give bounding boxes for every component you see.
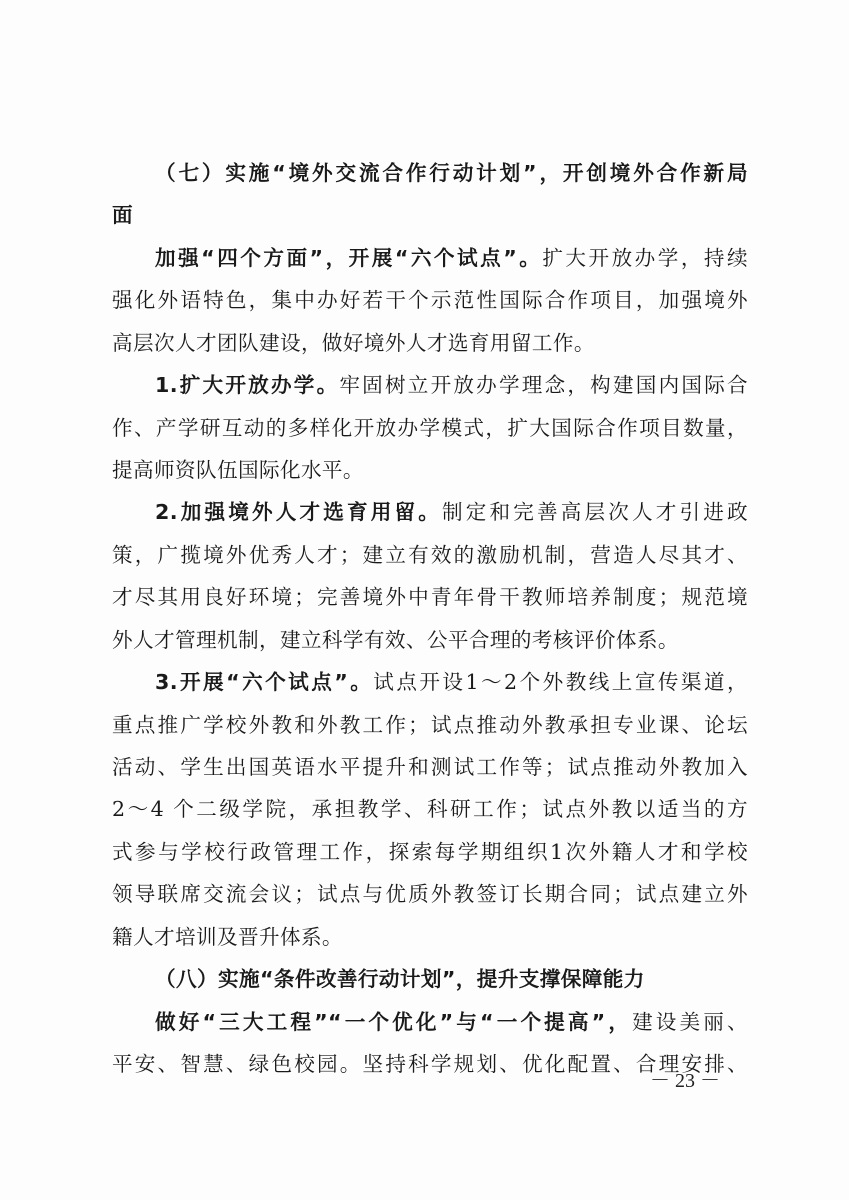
item-3-lead: 3.开展“六个试点”。 <box>155 670 373 694</box>
document-page: （七）实施“境外交流合作行动计划”，开创境外合作新局 面 加强“四个方面”，开展… <box>0 0 849 1200</box>
item-3-line-1: 3.开展“六个试点”。试点开设1～2个外教线上宣传渠道， <box>155 667 748 697</box>
item-2-lead: 2.加强境外人才选育用留。 <box>155 500 442 524</box>
section-7-heading-line-1: （七）实施“境外交流合作行动计划”，开创境外合作新局 <box>155 158 748 188</box>
item-3-line-3: 活动、学生出国英语水平提升和测试工作等；试点推动外教加入 <box>112 752 748 782</box>
item-2-line-1: 2.加强境外人才选育用留。制定和完善高层次人才引进政 <box>155 497 748 527</box>
item-1-line-2: 作、产学研互动的多样化开放办学模式，扩大国际合作项目数量， <box>112 413 748 443</box>
item-2-line-3: 才尽其用良好环境；完善境外中青年骨干教师培养制度；规范境 <box>112 582 748 612</box>
item-3-line-1-rest: 试点开设1～2个外教线上宣传渠道， <box>373 670 748 694</box>
item-3-line-5: 式参与学校行政管理工作，探索每学期组织1次外籍人才和学校 <box>112 837 748 867</box>
section-7-intro-line-3: 高层次人才团队建设，做好境外人才选育用留工作。 <box>112 328 748 358</box>
item-3-line-6: 领导联席交流会议；试点与优质外教签订长期合同；试点建立外 <box>112 879 748 909</box>
item-2-line-4: 外人才管理机制，建立科学有效、公平合理的考核评价体系。 <box>112 625 748 655</box>
section-7-heading-line-2: 面 <box>112 200 748 230</box>
item-2-line-1-rest: 制定和完善高层次人才引进政 <box>442 500 748 524</box>
item-3-line-4: 2～4 个二级学院，承担教学、科研工作；试点外教以适当的方 <box>112 794 748 824</box>
item-1-line-1: 1.扩大开放办学。牢固树立开放办学理念，构建国内国际合 <box>155 370 748 400</box>
item-3-line-7: 籍人才培训及晋升体系。 <box>112 922 748 952</box>
section-7-intro-line-2: 强化外语特色，集中办好若干个示范性国际合作项目，加强境外 <box>112 285 748 315</box>
item-1-line-3: 提高师资队伍国际化水平。 <box>112 455 748 485</box>
section-8-heading: （八）实施“条件改善行动计划”，提升支撑保障能力 <box>155 964 748 994</box>
section-8-intro-line-1-rest: 建设美丽、 <box>632 1010 748 1034</box>
section-7-intro-lead: 加强“四个方面”，开展“六个试点”。 <box>155 246 542 270</box>
section-8-intro-lead: 做好“三大工程”“一个优化”与“一个提高”， <box>155 1010 632 1034</box>
section-7-intro-line-1: 加强“四个方面”，开展“六个试点”。扩大开放办学，持续 <box>155 243 748 273</box>
item-1-line-1-rest: 牢固树立开放办学理念，构建国内国际合 <box>339 373 748 397</box>
page-number: － 23 － <box>650 1064 720 1093</box>
item-3-line-2: 重点推广学校外教和外教工作；试点推动外教承担专业课、论坛 <box>112 710 748 740</box>
item-1-lead: 1.扩大开放办学。 <box>155 373 339 397</box>
section-8-intro-line-1: 做好“三大工程”“一个优化”与“一个提高”，建设美丽、 <box>155 1007 748 1037</box>
item-2-line-2: 策，广揽境外优秀人才；建立有效的激励机制，营造人尽其才、 <box>112 540 748 570</box>
section-7-intro-line-1-rest: 扩大开放办学，持续 <box>542 246 748 270</box>
